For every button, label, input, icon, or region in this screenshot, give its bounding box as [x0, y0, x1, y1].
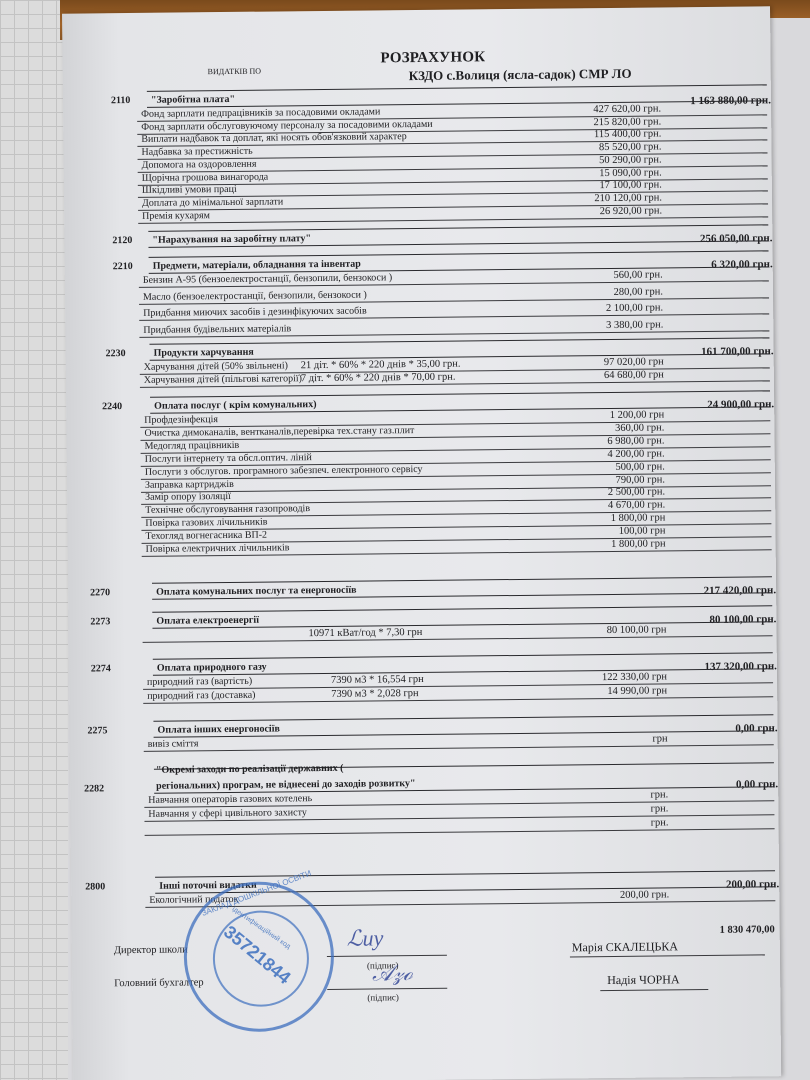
- section-total: 161 700,00 грн.: [701, 345, 774, 358]
- section-total: 24 900,00 грн.: [707, 398, 774, 411]
- line-item-amount: 2 500,00 грн.: [608, 487, 665, 499]
- line-item-amount: 1 800,00 грн: [611, 513, 666, 525]
- line-item-amount: 210 120,00 грн.: [594, 192, 662, 204]
- section-top-rule: [149, 250, 769, 258]
- line-item-rule: [143, 635, 773, 643]
- section-total: 80 100,00 грн.: [709, 613, 776, 626]
- section-code: 2275: [87, 725, 107, 736]
- line-item-label: Техогляд вогнегасника ВП-2: [145, 530, 267, 542]
- line-item-label: вивіз сміття: [148, 738, 199, 750]
- line-item-label: Шкідливі умови праці: [142, 184, 237, 196]
- line-item-amount: 4 200,00 грн.: [607, 448, 664, 460]
- line-item-label: Допомога на оздоровлення: [142, 158, 257, 170]
- section-total: 0,00 грн.: [735, 722, 777, 734]
- document-title: РОЗРАХУНОК: [380, 49, 485, 67]
- line-item-amount: 427 620,00 грн.: [593, 103, 661, 115]
- line-item-label: Харчування дітей (50% звільнені): [144, 360, 288, 373]
- line-item-rule: [138, 216, 768, 224]
- line-item-amount: грн.: [651, 817, 669, 828]
- section-title: Предмети, матеріали, обладнання та інвен…: [153, 259, 361, 272]
- line-item-label: Навчання операторів газових котелень: [148, 793, 312, 806]
- line-item-label: Медогляд працівників: [144, 440, 239, 452]
- official-stamp: ЗАКЛАД ДОШКІЛЬНОЇ ОСВІТИ ідентифікаційни…: [183, 881, 335, 1033]
- line-item-amount: грн: [652, 733, 667, 744]
- line-item-amount: 97 020,00 грн: [604, 356, 664, 368]
- line-item-formula: 7390 м3 * 16,554 грн: [331, 674, 424, 686]
- section-code: 2270: [90, 587, 110, 598]
- line-item-label: Повірка газових лічильників: [145, 517, 267, 529]
- accountant-name: Надія ЧОРНА: [607, 972, 680, 988]
- line-item-amount: 560,00 грн.: [613, 269, 662, 281]
- line-item-label: Профдезінфекція: [144, 414, 218, 426]
- line-item-amount: 64 680,00 грн: [604, 369, 664, 381]
- section-total: 0,00 грн.: [736, 778, 778, 790]
- document-subtitle-institution: КЗДО с.Волиця (ясла-садок) СМР ЛО: [409, 66, 632, 84]
- section-title-line1: "Окремі заходи по реалізації державних (: [156, 763, 344, 776]
- line-item-amount: 50 290,00 грн.: [599, 154, 662, 166]
- line-item-amount: 15 090,00 грн.: [599, 167, 662, 179]
- line-item-label: Технічне обслуговування газопроводів: [145, 503, 310, 516]
- line-item-amount: 790,00 грн.: [616, 474, 665, 486]
- line-item-amount: 85 520,00 грн.: [599, 142, 662, 154]
- line-item-amount: 122 330,00 грн: [602, 671, 667, 683]
- section-title: Продукти харчування: [154, 347, 254, 359]
- line-item-label: Послуги інтернету та обсл.оптич. ліній: [145, 452, 312, 465]
- line-item-formula: 10971 кВат/год * 7,30 грн: [308, 627, 422, 639]
- line-item-amount: 80 100,00 грн: [607, 624, 667, 636]
- section-top-rule: [155, 870, 775, 878]
- line-item-label: Надбавка за престижність: [141, 146, 252, 158]
- section-code: 2282: [84, 783, 104, 794]
- line-item-label: Доплата до мінімальної зарплати: [142, 196, 283, 208]
- line-item-label: Навчання у сфері цивільного захисту: [148, 807, 307, 820]
- section-top-rule: [150, 390, 770, 398]
- line-item-amount: 26 920,00 грн.: [600, 205, 663, 217]
- line-item-amount: 280,00 грн.: [614, 286, 663, 298]
- section-title: Оплата послуг ( крім комунальних): [154, 399, 316, 412]
- line-item-label: Придбання будівельних матеріалів: [143, 323, 291, 336]
- line-item-label: природний газ (вартість): [147, 676, 252, 688]
- section-top-rule: [153, 652, 773, 660]
- line-item-amount: 3 380,00 грн.: [606, 319, 663, 331]
- section-code: 2800: [85, 881, 105, 892]
- line-item-amount: 360,00 грн.: [615, 422, 664, 434]
- grand-total: 1 830 470,00: [720, 924, 775, 936]
- line-item-amount: грн.: [650, 789, 668, 800]
- line-item-amount: 200,00 грн.: [620, 889, 669, 901]
- section-code: 2210: [113, 261, 133, 272]
- line-item-label: природний газ (доставка): [147, 690, 255, 702]
- line-item-amount: 14 990,00 грн: [607, 685, 667, 697]
- line-item-amount: 17 100,00 грн.: [599, 180, 662, 192]
- director-name: Марія СКАЛЕЦЬКА: [572, 939, 678, 955]
- section-code: 2120: [112, 235, 132, 246]
- section-top-rule: [152, 576, 772, 584]
- section-total: 6 320,00 грн.: [711, 258, 773, 271]
- section-title: Оплата інших енергоносіїв: [157, 723, 279, 735]
- document-page: РОЗРАХУНОК ВИДАТКІВ ПО КЗДО с.Волиця (яс…: [62, 6, 781, 1080]
- section-top-rule: [148, 224, 768, 232]
- line-item-label: Харчування дітей (пільгові категорії): [144, 373, 302, 386]
- section-code: 2240: [102, 401, 122, 412]
- line-item-amount: 500,00 грн.: [615, 461, 664, 473]
- line-item-label: Масло (бензоелектростанції, бензопили, б…: [143, 289, 367, 302]
- line-item-amount: 6 980,00 грн.: [607, 435, 664, 447]
- line-item-amount: 4 670,00 грн.: [608, 500, 665, 512]
- line-item-amount: 1 200,00 грн: [610, 409, 665, 421]
- section-title: "Заробітна плата": [151, 94, 235, 106]
- accountant-signature: 𝒜𝓏ℴ: [372, 960, 413, 986]
- section-top-rule: [149, 337, 769, 345]
- section-total: 200,00 грн.: [726, 878, 779, 891]
- line-item-amount: 100,00 грн: [619, 526, 666, 537]
- section-top-rule: [153, 714, 773, 722]
- section-title: Оплата комунальних послуг та енергоносії…: [156, 585, 357, 598]
- document-subtitle-left: ВИДАТКІВ ПО: [208, 67, 262, 77]
- line-item-formula: 7390 м3 * 2,028 грн: [331, 688, 419, 700]
- line-item-label: Щорічна грошова винагорода: [142, 171, 269, 183]
- section-total: 217 420,00 грн.: [704, 584, 777, 597]
- section-code: 2230: [106, 348, 126, 359]
- director-signature: ℒuy: [347, 925, 384, 951]
- section-title: "Нарахування на заробітну плату": [152, 233, 311, 246]
- section-total: 137 320,00 грн.: [704, 660, 777, 673]
- line-item-label: Повірка електричних лічильників: [146, 542, 290, 555]
- line-item-rule: [141, 485, 771, 493]
- section-code: 2274: [91, 663, 111, 674]
- background-grid-paper: [0, 0, 70, 1080]
- line-item-rule: [144, 744, 774, 752]
- line-item-label: Придбання миючих засобів і дезинфікуючих…: [143, 306, 367, 319]
- line-item-formula: 21 діт. * 60% * 220 днів * 35,00 грн.: [301, 359, 461, 372]
- line-item-amount: 2 100,00 грн.: [606, 302, 663, 314]
- line-item-rule: [145, 828, 775, 836]
- line-item-label: Премія кухарям: [142, 210, 210, 222]
- accountant-signature-caption: (підпис): [367, 992, 399, 1002]
- line-item-label: Замір опору ізоляції: [145, 491, 231, 503]
- line-item-amount: 1 800,00 грн: [611, 538, 666, 550]
- section-code: 2273: [90, 616, 110, 627]
- section-title: Оплата електроенергії: [156, 615, 259, 627]
- director-role: Директор школи: [114, 944, 188, 956]
- section-total: 256 050,00 грн.: [700, 232, 773, 245]
- line-item-formula: 7 діт. * 60% * 220 днів * 70,00 грн.: [301, 371, 456, 384]
- line-item-amount: грн.: [651, 803, 669, 814]
- line-item-label: Заправка картриджів: [145, 478, 234, 490]
- section-title: Оплата природного газу: [157, 662, 267, 674]
- document-content: РОЗРАХУНОК ВИДАТКІВ ПО КЗДО с.Волиця (яс…: [62, 6, 781, 1080]
- line-item-amount: 215 820,00 грн.: [593, 116, 661, 128]
- section-top-rule: [152, 605, 772, 613]
- section-top-rule: [147, 84, 767, 92]
- line-item-amount: 115 400,00 грн.: [594, 129, 661, 141]
- section-code: 2110: [111, 95, 131, 106]
